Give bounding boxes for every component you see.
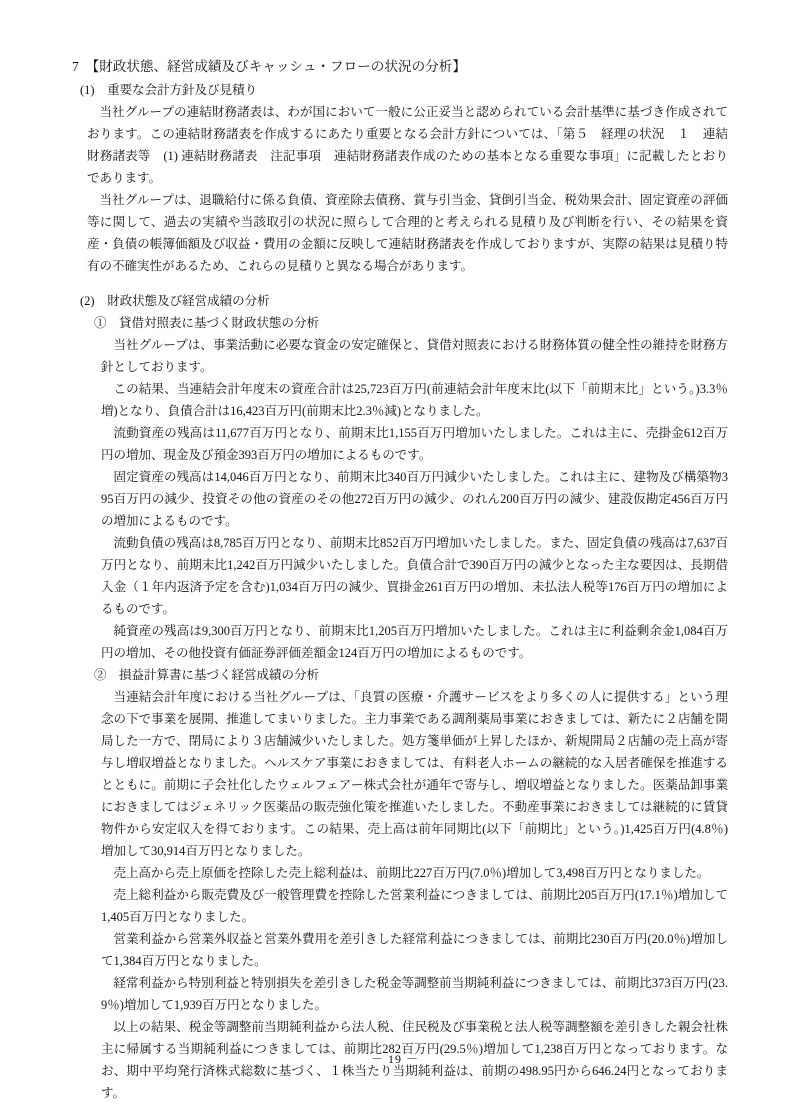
section-2-title: (2) 財政状態及び経営成績の分析 bbox=[80, 290, 728, 312]
paragraph: 流動負債の残高は8,785百万円となり、前期末比852百万円増加いたしました。ま… bbox=[101, 532, 728, 620]
document-page: 7 【財政状態、経営成績及びキャッシュ・フローの状況の分析】 (1) 重要な会計… bbox=[0, 0, 790, 1118]
subsection-1-title: ① 貸借対照表に基づく財政状態の分析 bbox=[94, 312, 728, 334]
subsection-2-title: ② 損益計算書に基づく経営成績の分析 bbox=[94, 664, 728, 686]
section-1: (1) 重要な会計方針及び見積り 当社グループの連結財務諸表は、わが国において一… bbox=[72, 79, 728, 277]
subsection-2: ② 損益計算書に基づく経営成績の分析 当連結会計年度における当社グループは、「良… bbox=[72, 664, 728, 1104]
section-1-body: 当社グループの連結財務諸表は、わが国において一般に公正妥当と認められている会計基… bbox=[87, 101, 728, 277]
paragraph: 当社グループの連結財務諸表は、わが国において一般に公正妥当と認められている会計基… bbox=[87, 101, 728, 189]
paragraph: 流動資産の残高は11,677百万円となり、前期末比1,155百万円増加いたしまし… bbox=[101, 422, 728, 466]
paragraph: 当社グループは、退職給付に係る負債、資産除去債務、賞与引当金、貸倒引当金、税効果… bbox=[87, 189, 728, 277]
main-heading: 7 【財政状態、経営成績及びキャッシュ・フローの状況の分析】 bbox=[72, 55, 728, 79]
paragraph: 経常利益から特別利益と特別損失を差引きした税金等調整前当期純利益につきましては、… bbox=[101, 972, 728, 1016]
paragraph: 売上総利益から販売費及び一般管理費を控除した営業利益につきましては、前期比205… bbox=[101, 884, 728, 928]
section-2: (2) 財政状態及び経営成績の分析 ① 貸借対照表に基づく財政状態の分析 当社グ… bbox=[72, 290, 728, 1104]
paragraph: 当連結会計年度における当社グループは、「良質の医療・介護サービスをより多くの人に… bbox=[101, 686, 728, 862]
paragraph: 固定資産の残高は14,046百万円となり、前期末比340百万円減少いたしました。… bbox=[101, 466, 728, 532]
subsection-2-body: 当連結会計年度における当社グループは、「良質の医療・介護サービスをより多くの人に… bbox=[101, 686, 728, 1104]
paragraph: この結果、当連結会計年度末の資産合計は25,723百万円(前連結会計年度末比(以… bbox=[101, 378, 728, 422]
paragraph: 当社グループは、事業活動に必要な資金の安定確保と、貸借対照表における財務体質の健… bbox=[101, 334, 728, 378]
section-1-title: (1) 重要な会計方針及び見積り bbox=[80, 79, 728, 101]
subsection-1-body: 当社グループは、事業活動に必要な資金の安定確保と、貸借対照表における財務体質の健… bbox=[101, 334, 728, 664]
paragraph: 売上高から売上原価を控除した売上総利益は、前期比227百万円(7.0％)増加して… bbox=[101, 862, 728, 884]
paragraph: 純資産の残高は9,300百万円となり、前期末比1,205百万円増加いたしました。… bbox=[101, 620, 728, 664]
page-number: － 19 － bbox=[0, 1048, 790, 1070]
subsection-1: ① 貸借対照表に基づく財政状態の分析 当社グループは、事業活動に必要な資金の安定… bbox=[72, 312, 728, 664]
document-content: 7 【財政状態、経営成績及びキャッシュ・フローの状況の分析】 (1) 重要な会計… bbox=[72, 55, 728, 1104]
paragraph: 営業利益から営業外収益と営業外費用を差引きした経常利益につきましては、前期比23… bbox=[101, 928, 728, 972]
